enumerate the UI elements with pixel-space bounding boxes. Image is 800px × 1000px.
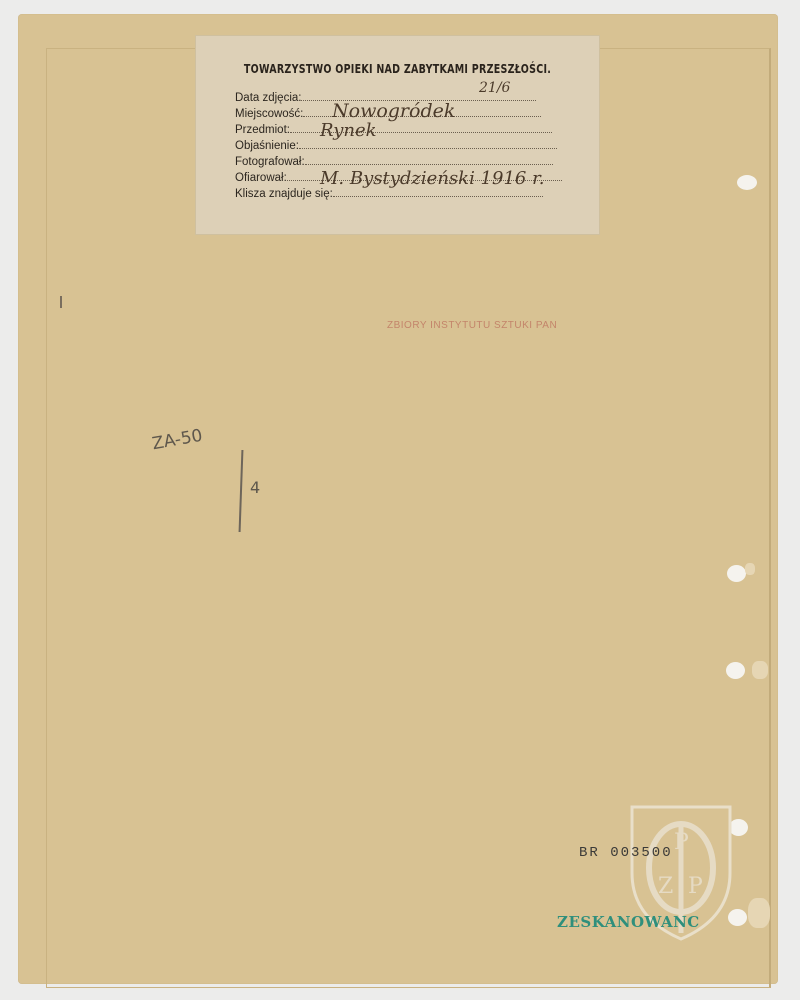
- svg-text:P: P: [688, 874, 703, 899]
- svg-text:P: P: [674, 830, 689, 855]
- punch-hole: [726, 662, 745, 679]
- handwritten-place: Nowogródek: [332, 100, 455, 122]
- field-photographer: Fotografował:: [235, 156, 553, 168]
- scanned-stamp: ZESKANOWANC: [557, 913, 700, 931]
- card-title: TOWARZYSTWO OPIEKI NAD ZABYTKAMI PRZESZŁ…: [220, 62, 575, 76]
- handwritten-donor: M. Bystydzieński 1916 r.: [320, 168, 544, 189]
- inventory-number: BR 003500: [579, 845, 673, 861]
- institute-stamp: ZBIORY INSTYTUTU SZTUKI PAN: [387, 320, 557, 331]
- catalog-label-card: TOWARZYSTWO OPIEKI NAD ZABYTKAMI PRZESZŁ…: [195, 35, 600, 235]
- handwritten-date: 21/6: [479, 80, 510, 96]
- pencil-fraction: 4: [250, 478, 260, 497]
- svg-text:Z: Z: [658, 874, 673, 899]
- handwritten-subject: Rynek: [320, 120, 377, 141]
- field-negative-location: Klisza znajduje się:: [235, 188, 543, 200]
- punch-hole: [737, 175, 757, 190]
- field-explanation: Objaśnienie:: [235, 140, 557, 152]
- punch-hole: [727, 565, 746, 582]
- pencil-tick: [60, 296, 62, 308]
- field-subject: Przedmiot:: [235, 124, 552, 136]
